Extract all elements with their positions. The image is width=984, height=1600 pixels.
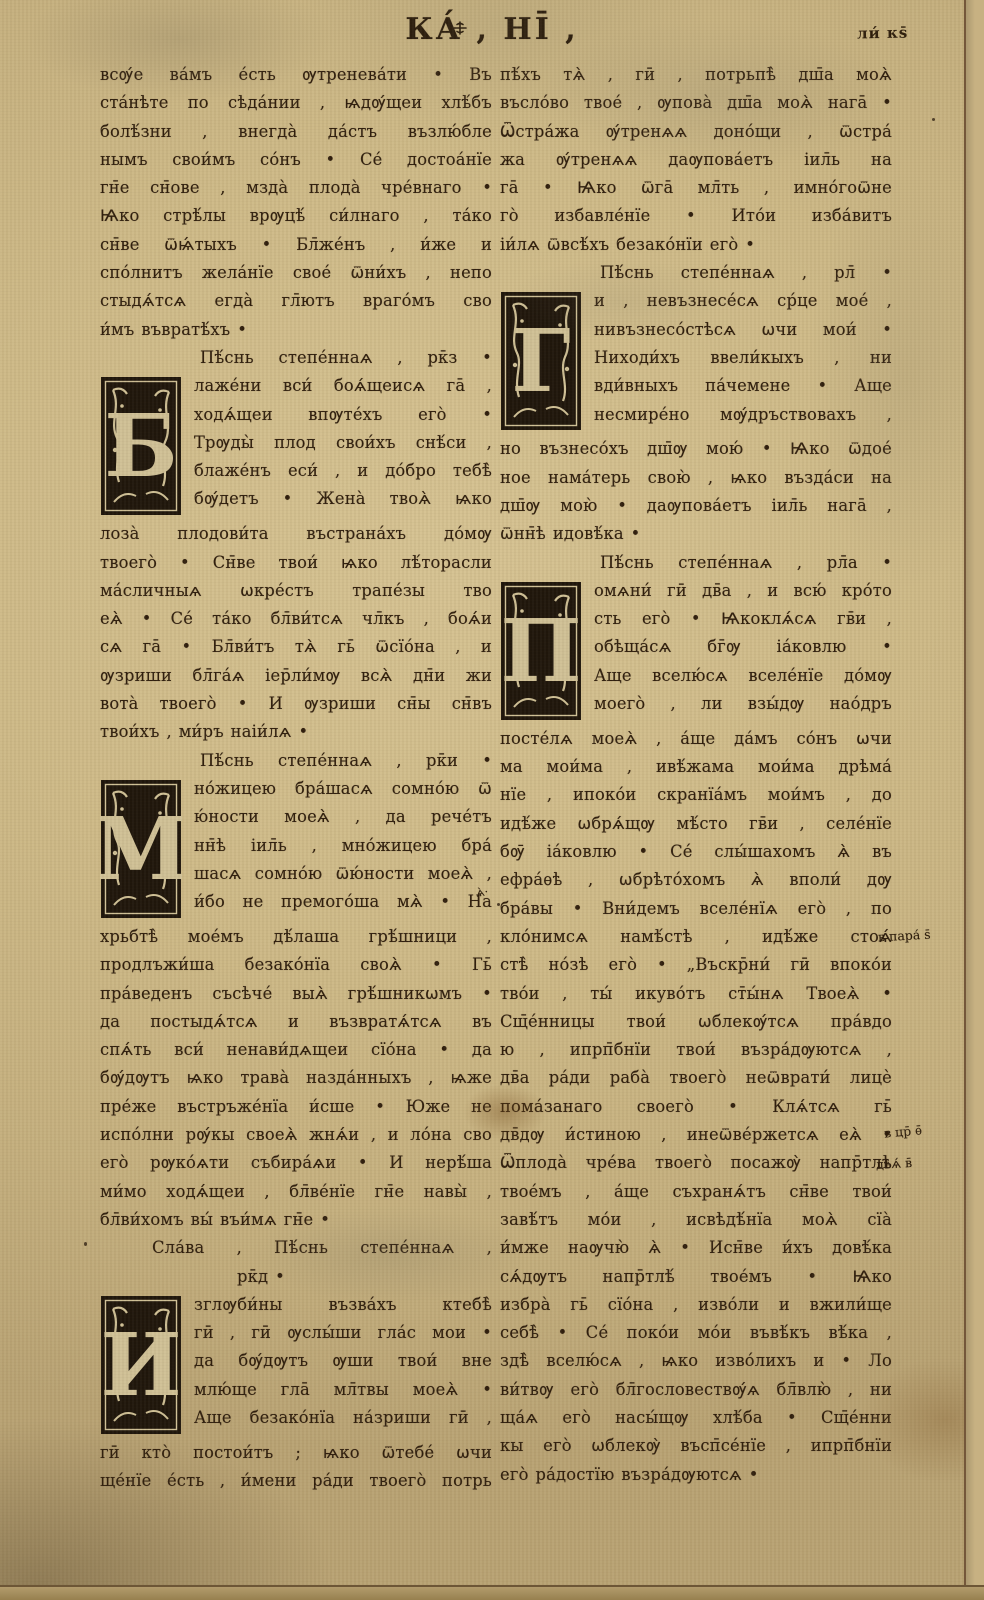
text-line: кы его̀ ѡблекѹ̀ въсп̄се́нїе , ипрп̄бнїи — [500, 1432, 892, 1460]
text-line: спо́лнитъ жела́нїе свое́ ѿни́хъ , непо — [100, 259, 492, 287]
text-line: его̀ рѹко́ѧти събира́ѧи • И нерѣ́ша — [100, 1149, 492, 1177]
woodcut-initial-Б: Б — [100, 372, 194, 520]
text-line: бѹ́детъ • Жена̀ твоѧ̀ ѩко — [194, 485, 492, 513]
text-line: сѧ га̄ • Бл̄ви́тъ тѧ̀ гь̄ ѿсїо́на , и — [100, 633, 492, 661]
initial-paragraph: П омѧни́ гӣ дв̄а , и всю́ кро́тость его̀… — [500, 577, 892, 725]
text-line: обѣща́сѧ бг̄ѹ іа́ковлю • — [594, 633, 892, 661]
text-line: Ѿстра́жа ѹ́тренѧѧ доно́щи , ѿстра́ — [500, 118, 892, 146]
margin-note-paralipomenon: в пара́ ѕ̄ — [878, 927, 931, 945]
text-line: го̀ избавле́нїе • Ито́и изба́витъ — [500, 202, 892, 230]
intercolumn-gloss-mark: ѧ̀· — [475, 885, 489, 900]
ink-speck — [932, 118, 935, 121]
text-line: себѣ̀ • Се́ поко́и мо́и въвѣ́къ вѣ́ка , — [500, 1319, 892, 1347]
text-line: ще́нїе е́сть , и́мени ра́ди твоего̀ потр… — [100, 1467, 492, 1495]
margin-note-acts: дѣѧ́ в̄ — [876, 1155, 913, 1172]
text-line: моего̀ , ли взы́дѹ нао́дръ — [594, 690, 892, 718]
svg-text:М: М — [100, 799, 182, 900]
woodcut-initial-art: И — [100, 1295, 182, 1435]
psalm-heading: Пѣ́снь степе́ннаѧ , рл̄ • — [500, 259, 892, 287]
text-line: и́бо не премого́ша мѧ̀ • На — [194, 888, 492, 916]
text-line: въсло́во твое́ , ѹпова̀ дш̄а моѧ̀ нага̄ … — [500, 89, 892, 117]
text-line: да постыдѧ́тсѧ и възвратѧ́тсѧ въ — [100, 1008, 492, 1036]
woodcut-initial-М: М — [100, 775, 194, 923]
ink-speck — [84, 1242, 87, 1246]
text-line: гӣ , гӣ ѹслы́ши гла́с мои • — [194, 1319, 492, 1347]
text-line: дш̄ѹ мою̀ • даѹпова́етъ іил̄ь нага̄ , — [500, 492, 892, 520]
text-line: дв̄а ра́ди раба̀ твоего̀ неѿврати́ лицѐ — [500, 1064, 892, 1092]
text-line: Ѿплода̀ чре́ва твоего̀ посажѹ̀ напр̄тлѣ — [500, 1149, 892, 1177]
text-line: пре́же въстръже́нїа и́сше • Юже не — [100, 1093, 492, 1121]
text-line: іи́лѧ ѿвсѣ́хъ безако́нїи его̀ • — [500, 231, 892, 259]
text-line: посте́лѧ моеѧ̀ , а́ще да́мъ со́нъ ѡчи — [500, 725, 892, 753]
text-line: несмире́но мѹ́дръствовахъ , — [594, 401, 892, 429]
text-line: хрьбтѣ̀ мое́мъ дѣ́лаша грѣ́шници , — [100, 923, 492, 951]
initial-beside-lines: и , невъзнесе́сѧ ср́це мое́ ,нивъзнесо́с… — [594, 287, 892, 435]
woodcut-initial-art: Г — [500, 291, 582, 431]
text-line: бѹ́дѹтъ ѩко трава̀ назда́нныхъ , ѩже — [100, 1064, 492, 1092]
folio-number: ли́ кѕ̄ — [857, 24, 909, 43]
column-right: пѣ́хъ тѧ̀ , гӣ , потрьпѣ̀ дш̄а моѧ̀въсло… — [500, 61, 892, 1489]
woodcut-initial-П: П — [500, 577, 594, 725]
text-line: ю , ипрп̄бнїи твои́ възра́дѹютсѧ , — [500, 1036, 892, 1064]
text-line: болѣ́зни , внегда̀ да́стъ възлю́бле — [100, 118, 492, 146]
text-line: блаже́нъ еси́ , и до́бро тебѣ̀ — [194, 457, 492, 485]
cross-ornament-icon — [452, 10, 468, 45]
text-line: но възнесо́хъ дш̄ѹ мою́ • Ѩко ѿдое́ — [500, 435, 892, 463]
text-line: пома́занаго своего̀ • Клѧ́тсѧ гь̄ — [500, 1093, 892, 1121]
text-line: нн̄ѣ іил̄ь , мно́жицею бра́ — [194, 832, 492, 860]
text-line: Трѹды̀ плод свои́хъ снѣ́си , — [194, 429, 492, 457]
text-line: жа ѹ́тренѧѧ даѹпова́етъ іил̄ь на — [500, 146, 892, 174]
text-line: бл̄ви́хомъ вы́ въи́мѧ гн̄е • — [100, 1206, 492, 1234]
text-line: да бѹ́дѹтъ ѹши твои́ вне — [194, 1347, 492, 1375]
woodcut-initial-art: Б — [100, 376, 182, 516]
margin-note-kings: в цр̄ ѳ̄ — [883, 1122, 922, 1140]
text-line: тво́и , ты́ икуво́тъ ст̄ы́нѧ Твоеѧ̀ • — [500, 980, 892, 1008]
text-line: всѹ́е ва́мъ е́сть ѹтренева́ти • Въ — [100, 61, 492, 89]
text-line: пѣ́хъ тѧ̀ , гӣ , потрьпѣ̀ дш̄а моѧ̀ — [500, 61, 892, 89]
text-line: нымъ свои́мъ со́нъ • Се́ достоа́нїе — [100, 146, 492, 174]
text-line: продлъжи́ша безако́нїа своѧ̀ • Гь̄ — [100, 951, 492, 979]
text-line: Аще вселю́сѧ вселе́нїе до́мѹ — [594, 662, 892, 690]
text-line: бра́вы • Вни́демъ вселе́нїѧ его̀ , по — [500, 895, 892, 923]
text-line: лоза̀ плодови́та въстрана́хъ до́мѹ — [100, 520, 492, 548]
text-line: бѹ̄ іа́ковлю • Се́ слы́шахомъ ѧ̀ въ — [500, 838, 892, 866]
psalm-heading: Пѣ́снь степе́ннаѧ , рк̄з • — [100, 344, 492, 372]
text-line: завѣ́тъ мо́и , исвѣдѣ́нїа моѧ̀ сїа̀ — [500, 1206, 892, 1234]
text-line: га̄ • Ѩко ѿга̄ мл̄ть , имно́гоѿне — [500, 174, 892, 202]
text-line: его̀ ра́достїю възра́дѹютсѧ • — [500, 1461, 892, 1489]
page-bottom-edge — [0, 1587, 984, 1600]
initial-paragraph: М но́жицею бра́шасѧ сомно́ю ѿю́ности мое… — [100, 775, 492, 923]
text-line: Сщ̄е́нницы твои́ ѡблекѹ́тсѧ пра́вдо — [500, 1008, 892, 1036]
text-line: Аще безако́нїа на́зриши гӣ , — [194, 1404, 492, 1432]
woodcut-initial-Г: Г — [500, 287, 594, 435]
text-line: дв̄дѹ и́стиною , инеѿве́ржетсѧ еѧ̀ • — [500, 1121, 892, 1149]
text-line: стѣ̀ но́зѣ его̀ • „Въскр̄ни́ гӣ впоко́и — [500, 951, 892, 979]
text-line: кло́нимсѧ намѣ́стѣ , идѣ́же стоѧ́ — [500, 923, 892, 951]
text-line: вди́вныхъ па́чемене • Аще — [594, 372, 892, 400]
initial-beside-lines: омѧни́ гӣ дв̄а , и всю́ кро́тость его̀ •… — [594, 577, 892, 725]
text-line: гн̄е сн̄ове , мзда̀ плода̀ чре́внаго • — [100, 174, 492, 202]
kathisma-number: КА́ , НІ̄ , — [405, 12, 578, 47]
text-line: ма мои́ма , ивѣ́жама мои́ма дрѣма́ — [500, 753, 892, 781]
text-line: твое́мъ , а́ще съхранѧ́тъ сн̄ве твои́ — [500, 1178, 892, 1206]
text-line: ща́ѧ его̀ насы́щѹ хлѣ́ба • Сщ̄е́нни — [500, 1404, 892, 1432]
text-line: и , невъзнесе́сѧ ср́це мое́ , — [594, 287, 892, 315]
text-line: ефра́ѳѣ , ѡбрѣто́хомъ ѧ̀ вполи́ дѹ — [500, 866, 892, 894]
scanned-psalter-page: { "document": { "header": { "kathisma_la… — [0, 0, 984, 1600]
text-line: но́жицею бра́шасѧ сомно́ю ѿ — [194, 775, 492, 803]
text-line: гӣ кто̀ постои́тъ ; ѩко ѿтебе́ ѡчи — [100, 1439, 492, 1467]
text-line: ное нама́терь свою̀ , ѩко възда́си на — [500, 464, 892, 492]
woodcut-initial-art: П — [500, 581, 582, 721]
text-line: Ниходи́хъ ввели́кыхъ , ни — [594, 344, 892, 372]
text-line: нїе , ипоко́и скранїа́мъ мои́мъ , до — [500, 781, 892, 809]
initial-beside-lines: зглѹби́ны възва́хъ ктебѣ̀гӣ , гӣ ѹслы́ши… — [194, 1291, 492, 1439]
text-line: стыдѧ́тсѧ егда̀ гл̄ютъ враго́мъ сво — [100, 287, 492, 315]
text-line: здѣ̀ вселю́сѧ , ѩко изво́лихъ и • Ло — [500, 1347, 892, 1375]
text-line: твоего̀ • Сн̄ве твои́ ѩко лѣ́торасли — [100, 549, 492, 577]
initial-paragraph: И зглѹби́ны възва́хъ ктебѣ̀гӣ , гӣ ѹслы́… — [100, 1291, 492, 1439]
text-line: и́мъ въвратѣ́хъ • — [100, 316, 492, 344]
page-right-edge — [964, 0, 984, 1585]
text-line: твои́хъ , ми́ръ наіи́лѧ • — [100, 718, 492, 746]
psalm-heading: Пѣ́снь степе́ннаѧ , рк̄и • — [100, 747, 492, 775]
text-line: сѧ́дѹтъ напр̄тлѣ́ твое́мъ • Ѩко — [500, 1263, 892, 1291]
text-line: и́мже наѹчю̀ ѧ̀ • Исн̄ве и́хъ довѣ́ка — [500, 1234, 892, 1262]
column-left: всѹ́е ва́мъ е́сть ѹтренева́ти • Въста́нѣ… — [100, 61, 492, 1495]
text-line: идѣ́же ѡбрѧ́щѹ мѣ́сто гв̄и , селе́нїе — [500, 810, 892, 838]
text-line: зглѹби́ны възва́хъ ктебѣ̀ — [194, 1291, 492, 1319]
text-line: ѹзриши бл̄га́ѧ іер̄ли́мѹ всѧ̀ дн̄и жи — [100, 662, 492, 690]
text-line: ма́сличныѧ ѡкре́стъ трапе́зы тво — [100, 577, 492, 605]
text-line: избра̀ гь̄ сїо́на , изво́ли и вжили́ще — [500, 1291, 892, 1319]
initial-paragraph: Г и , невъзнесе́сѧ ср́це мое́ ,нивъзнесо… — [500, 287, 892, 435]
psalm-heading: Пѣ́снь степе́ннаѧ , рл̄а • — [500, 549, 892, 577]
woodcut-initial-art: М — [100, 779, 182, 919]
text-line: нивъзнесо́стѣсѧ ѡчи мои́ • — [594, 316, 892, 344]
text-line: ми́мо ходѧ́щеи , бл̄ве́нїе гн̄е навы̀ , — [100, 1178, 492, 1206]
text-line: вота̀ твоего̀ • И ѹзриши сн̄ы сн̄въ — [100, 690, 492, 718]
svg-text:Г: Г — [511, 311, 570, 412]
text-line: ю́ности моеѧ̀ , да рече́тъ — [194, 803, 492, 831]
svg-text:И: И — [100, 1315, 181, 1416]
text-line: ѿнн̄ѣ идовѣ́ка • — [500, 520, 892, 548]
text-line: еѧ̀ • Се́ та́ко бл̄ви́тсѧ чл̄къ , боѧ́и — [100, 605, 492, 633]
psalm-heading: Сла́ва , Пѣ́снь степе́ннаѧ , — [100, 1234, 492, 1262]
running-header-kathisma: КА́ , НІ̄ , — [0, 12, 984, 47]
woodcut-initial-И: И — [100, 1291, 194, 1439]
text-line: млю́ще гла̄ мл̄твы моеѧ̀ • — [194, 1376, 492, 1404]
text-line: шасѧ сомно́ю ѿю́ности моеѧ̀ , — [194, 860, 492, 888]
text-line: спѧ́ть вси́ ненави́дѧщеи сїо́на • да — [100, 1036, 492, 1064]
text-line: пра́веденъ съсѣче́ выѧ̀ грѣ́шникѡмъ • — [100, 980, 492, 1008]
text-line: сть его̀ • Ѩкоклѧ́сѧ гв̄и , — [594, 605, 892, 633]
text-line: ви́твѹ его̀ бл̄гословествѹ́ѧ бл̄влю̀ , н… — [500, 1376, 892, 1404]
text-line: омѧни́ гӣ дв̄а , и всю́ кро́то — [594, 577, 892, 605]
parchment-page: КА́ , НІ̄ , ли́ кѕ̄ всѹ́е ва́мъ е́сть ѹт… — [0, 0, 984, 1587]
initial-beside-lines: лаже́ни вси́ боѧ́щеисѧ га̄ ,ходѧ́щеи впѹ… — [194, 372, 492, 520]
initial-beside-lines: но́жицею бра́шасѧ сомно́ю ѿю́ности моеѧ̀… — [194, 775, 492, 923]
svg-text:П: П — [500, 601, 581, 702]
text-line: ходѧ́щеи впѹте́хъ его̀ • — [194, 401, 492, 429]
text-line: лаже́ни вси́ боѧ́щеисѧ га̄ , — [194, 372, 492, 400]
text-line: испо́лни рѹ́кы своеѧ̀ жнѧ́и , и ло́на св… — [100, 1121, 492, 1149]
text-line: ста́нѣте по сѣда́нии , ѩдѹ́щеи хлѣ́бъ — [100, 89, 492, 117]
text-line: Ѩко стрѣ́лы врѹцѣ́ си́лнаго , та́ко — [100, 202, 492, 230]
initial-paragraph: Б лаже́ни вси́ боѧ́щеисѧ га̄ ,ходѧ́щеи в… — [100, 372, 492, 520]
psalm-heading: рк̄д • — [100, 1263, 492, 1291]
text-line: сн̄ве ѿѩ́тыхъ • Бл̄же́нъ , и́же и — [100, 231, 492, 259]
svg-text:Б: Б — [104, 396, 178, 497]
